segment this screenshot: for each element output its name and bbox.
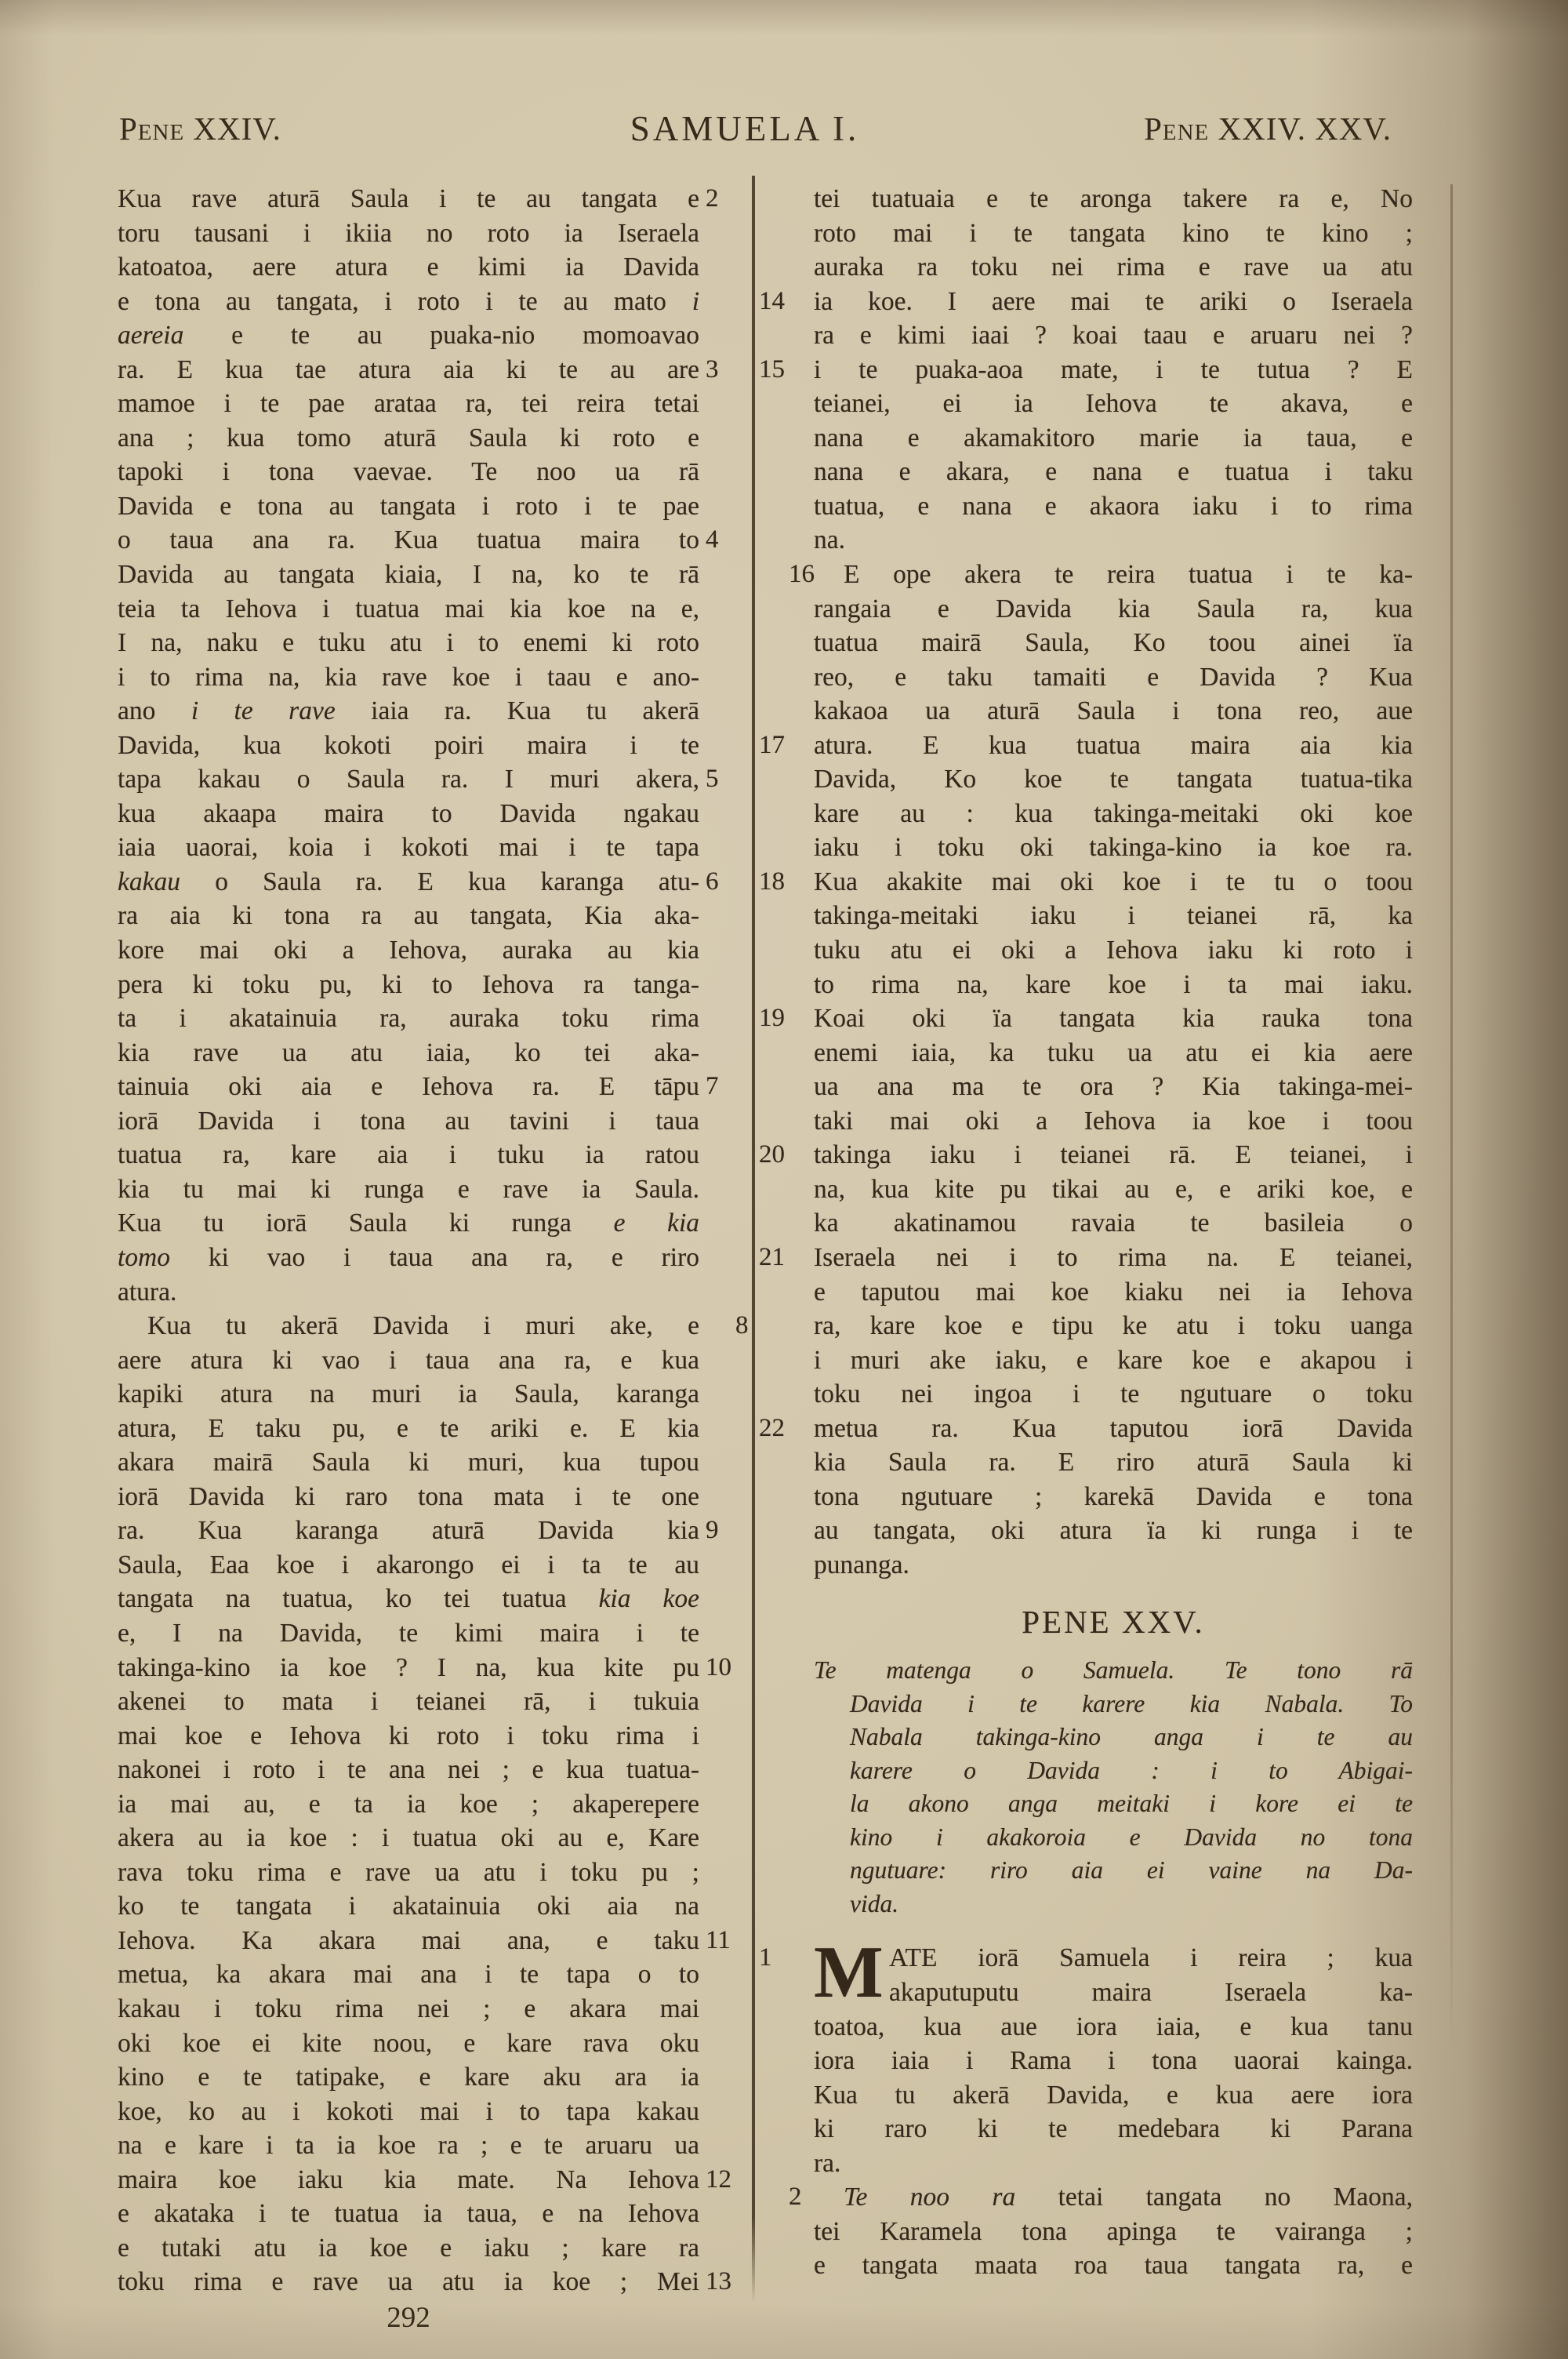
text-line: katoatoa, aere atura e kimi ia Davida xyxy=(118,250,699,285)
text-line: tangata na tuatua, ko tei tuatua kia koe xyxy=(118,1582,699,1616)
text-line: kare au : kua takinga-meitaki oki koe xyxy=(814,797,1413,831)
text-line: ra. xyxy=(814,2146,1413,2181)
text-line: kia Saula ra. E riro aturā Saula ki xyxy=(814,1445,1413,1480)
text-line: taki mai oki a Iehova ia koe i toou xyxy=(814,1104,1413,1139)
text-line: Kua tu akerā Davida, e kua aere iora xyxy=(814,2078,1413,2113)
verse-number: 21 xyxy=(759,1241,804,1275)
text-line: Saula, Eaa koe i akarongo ei i ta te au xyxy=(118,1548,699,1583)
text-line: kua akaapa maira to Davida ngakau xyxy=(118,797,699,831)
text-line: toru tausani i ikiia no roto ia Iseraela xyxy=(118,216,699,251)
text-line: tainuia oki aia e Iehova ra. E tāpu7 xyxy=(118,1070,699,1104)
text-line: i to rima na, kia rave koe i taau e ano- xyxy=(118,660,699,695)
text-line: roto mai i te tangata kino te kino ; xyxy=(814,216,1413,251)
text-line: enemi iaia, ka tuku ua atu ei kia aere xyxy=(814,1036,1413,1070)
text-line: ka akatinamou ravaia te basileia o xyxy=(814,1206,1413,1241)
text-line: atura. xyxy=(118,1275,699,1310)
text-line: Koai oki ïa tangata kia rauka tona19 xyxy=(814,1001,1413,1036)
text-line: ko te tangata i akatainuia oki aia na xyxy=(118,1889,699,1924)
text-line: ua ana ma te ora ? Kia takinga-mei- xyxy=(814,1070,1413,1104)
text-line: kapiki atura na muri ia Saula, karanga xyxy=(118,1377,699,1412)
text-line: atura. E kua tuatua maira aia kia17 xyxy=(814,729,1413,763)
column-divider-rule xyxy=(752,176,755,2303)
text-line: Kua rave aturā Saula i te au tangata e2 xyxy=(118,182,699,216)
text-line: tuku atu ei oki a Iehova iaku ki roto i xyxy=(814,933,1413,968)
text-line: toku rima e rave ua atu ia koe ; Mei13 xyxy=(118,2265,699,2299)
text-line: tuatua ra, kare aia i tuku ia ratou xyxy=(118,1138,699,1172)
chapter-heading: PENE XXV. xyxy=(814,1602,1413,1641)
text-line: ra aia ki tona ra au tangata, Kia aka- xyxy=(118,899,699,933)
verse-number: 15 xyxy=(759,353,804,387)
text-line: tuatua, e nana e akaora iaku i to rima xyxy=(814,489,1413,524)
text-line: akera au ia koe : i tuatua oki au e, Kar… xyxy=(118,1821,699,1856)
text-line: metua, ka akara mai ana i te tapa o to xyxy=(118,1957,699,1992)
verse-number: 9 xyxy=(706,1514,751,1548)
chapter-summary-line: Te matenga o Samuela. Te tono rā xyxy=(814,1654,1413,1688)
verse-number: 20 xyxy=(759,1138,804,1172)
text-line: MATE iorā Samuela i reira ; kua1 xyxy=(814,1941,1413,1976)
text-line: nana e akamakitoro marie ia taua, e xyxy=(814,421,1413,456)
text-line: takinga-meitaki iaku i teianei rā, ka xyxy=(814,899,1413,933)
running-head-title: SAMUELA I. xyxy=(517,108,972,149)
page-number: 292 xyxy=(118,2301,699,2335)
chapter-summary-line: vida. xyxy=(814,1888,1413,1921)
text-line: rangaia e Davida kia Saula ra, kua xyxy=(814,592,1413,627)
text-line: ra e kimi iaai ? koai taau e aruaru nei … xyxy=(814,318,1413,353)
page-edge-rule xyxy=(1450,184,1453,2051)
verse-number: 16 xyxy=(759,558,804,592)
text-line: Iehova. Ka akara mai ana, e taku11 xyxy=(118,1924,699,1958)
text-line: na. xyxy=(814,523,1413,558)
text-line: ra. E kua tae atura aia ki te au are3 xyxy=(118,353,699,387)
verse-number: 19 xyxy=(759,1001,804,1036)
text-line: Davida, Ko koe te tangata tuatua-tika xyxy=(814,762,1413,797)
chapter-summary-line: Davida i te karere kia Nabala. To xyxy=(814,1688,1413,1721)
text-line: e taputou mai koe kiaku nei ia Iehova xyxy=(814,1275,1413,1310)
text-line: mamoe i te pae arataa ra, tei reira teta… xyxy=(118,387,699,421)
text-line: Kua tu iorā Saula ki runga e kia xyxy=(118,1206,699,1241)
text-line: e tutaki atu ia koe e iaku ; kare ra xyxy=(118,2231,699,2266)
text-line: iorā Davida ki raro tona mata i te one xyxy=(118,1480,699,1514)
text-line: teia ta Iehova i tuatua mai kia koe na e… xyxy=(118,592,699,627)
text-line: i te puaka-aoa mate, i te tutua ? E15 xyxy=(814,353,1413,387)
text-line: kore mai oki a Iehova, auraka au kia xyxy=(118,933,699,968)
text-line: iaku i toku oki takinga-kino ia koe ra. xyxy=(814,831,1413,865)
text-line: tei tuatuaia e te aronga takere ra e, No xyxy=(814,182,1413,216)
verse-number: 4 xyxy=(706,523,751,558)
text-line: kakau o Saula ra. E kua karanga atu-6 xyxy=(118,865,699,900)
verse-number: 2 xyxy=(706,182,751,216)
text-line: au tangata, oki atura ïa ki runga i te xyxy=(814,1514,1413,1548)
verse-number: 14 xyxy=(759,285,804,319)
scanned-book-page: Pene XXIV. SAMUELA I. Pene XXIV. XXV. Ku… xyxy=(0,0,1568,2359)
verse-number: 8 xyxy=(706,1309,751,1343)
text-line: ana ; kua tomo aturā Saula ki roto e xyxy=(118,421,699,456)
chapter-summary-line: Nabala takinga-kino anga i te au xyxy=(814,1721,1413,1754)
text-line: reo, e taku tamaiti e Davida ? Kua xyxy=(814,660,1413,695)
text-line: e tangata maata roa taua tangata ra, e xyxy=(814,2248,1413,2283)
text-line: iorā Davida i tona au tavini i taua xyxy=(118,1104,699,1139)
text-line: Davida e tona au tangata i roto i te pae xyxy=(118,489,699,524)
text-line: ia koe. I aere mai te ariki o Iseraela14 xyxy=(814,285,1413,319)
text-line: E ope akera te reira tuatua i te ka-16 xyxy=(814,558,1413,592)
text-line: tona ngutuare ; karekā Davida e tona xyxy=(814,1480,1413,1514)
text-line: maira koe iaku kia mate. Na Iehova12 xyxy=(118,2163,699,2197)
chapter-summary-line: kino i akakoroia e Davida no tona xyxy=(814,1821,1413,1855)
text-line: na, kua kite pu tikai au e, e ariki koe,… xyxy=(814,1172,1413,1207)
text-column-left: Kua rave aturā Saula i te au tangata e2t… xyxy=(118,182,699,2299)
verse-number: 18 xyxy=(759,865,804,900)
text-line: mai koe e Iehova ki roto i toku rima i xyxy=(118,1719,699,1754)
text-line: tapoki i tona vaevae. Te noo ua rā xyxy=(118,455,699,489)
text-line: auraka ra toku nei rima e rave ua atu xyxy=(814,250,1413,285)
verse-number: 1 xyxy=(759,1941,804,1976)
verse-number: 7 xyxy=(706,1070,751,1104)
chapter-summary-line: ngutuare: riro aia ei vaine na Da- xyxy=(814,1854,1413,1888)
verse-number: 6 xyxy=(706,865,751,900)
text-line: nana e akara, e nana e tuatua i taku xyxy=(814,455,1413,489)
text-line: kino e te tatipake, e kare aku ara ia xyxy=(118,2060,699,2095)
chapter-summary-line: karere o Davida : i to Abigai- xyxy=(814,1754,1413,1788)
text-line: rava toku rima e rave ua atu i toku pu ; xyxy=(118,1856,699,1890)
text-line: koe, ko au i kokoti mai i to tapa kakau xyxy=(118,2095,699,2129)
text-line: e, I na Davida, te kimi maira i te xyxy=(118,1616,699,1651)
text-column-right: tei tuatuaia e te aronga takere ra e, No… xyxy=(814,182,1413,2283)
text-line: Davida au tangata kiaia, I na, ko te rā xyxy=(118,558,699,592)
text-line: i muri ake iaku, e kare koe e akapou i xyxy=(814,1343,1413,1378)
text-line: ra. Kua karanga aturā Davida kia9 xyxy=(118,1514,699,1548)
text-line: ano i te rave iaia ra. Kua tu akerā xyxy=(118,694,699,729)
text-line: ki raro ki te medebara ki Parana xyxy=(814,2112,1413,2146)
text-line: Iseraela nei i to rima na. E teianei,21 xyxy=(814,1241,1413,1275)
text-line: to rima na, kare koe i ta mai iaku. xyxy=(814,968,1413,1002)
text-line: tuatua mairā Saula, Ko toou ainei ïa xyxy=(814,626,1413,660)
text-line: metua ra. Kua taputou iorā Davida22 xyxy=(814,1412,1413,1446)
text-line: akara mairā Saula ki muri, kua tupou xyxy=(118,1445,699,1480)
text-line: toku nei ingoa i te ngutuare o toku xyxy=(814,1377,1413,1412)
text-line: ia mai au, e ta ia koe ; akaperepere xyxy=(118,1787,699,1822)
text-line: tei Karamela tona apinga te vairanga ; xyxy=(814,2215,1413,2249)
text-line: Kua tu akerā Davida i muri ake, e8 xyxy=(118,1309,699,1343)
verse-number: 12 xyxy=(706,2163,751,2197)
verse-number: 11 xyxy=(706,1924,751,1958)
running-head-left: Pene XXIV. xyxy=(119,108,281,149)
text-line: takinga iaku i teianei rā. E teianei, i2… xyxy=(814,1138,1413,1172)
text-line: aereia e te au puaka-nio momoavao xyxy=(118,318,699,353)
verse-number: 17 xyxy=(759,729,804,763)
text-line: na e kare i ta ia koe ra ; e te aruaru u… xyxy=(118,2128,699,2163)
text-line: tapa kakau o Saula ra. I muri akera,5 xyxy=(118,762,699,797)
text-line: iora iaia i Rama i tona uaorai kainga. xyxy=(814,2044,1413,2078)
text-line: I na, naku e tuku atu i to enemi ki roto xyxy=(118,626,699,660)
text-line: e tona au tangata, i roto i te au mato i xyxy=(118,285,699,319)
text-line: ta i akatainuia ra, auraka toku rima xyxy=(118,1001,699,1036)
text-line: teianei, ei ia Iehova te akava, e xyxy=(814,387,1413,421)
text-line: atura, E taku pu, e te ariki e. E kia xyxy=(118,1412,699,1446)
text-line: Kua akakite mai oki koe i te tu o toou18 xyxy=(814,865,1413,900)
verse-number: 10 xyxy=(706,1651,751,1685)
text-line: tomo ki vao i taua ana ra, e riro xyxy=(118,1241,699,1275)
text-line: akenei to mata i teianei rā, i tukuia xyxy=(118,1685,699,1719)
text-line: oki koe ei kite noou, e kare rava oku xyxy=(118,2026,699,2061)
text-line: punanga. xyxy=(814,1548,1413,1583)
text-line: Davida, kua kokoti poiri maira i te xyxy=(118,729,699,763)
chapter-summary-line: la akono anga meitaki i kore ei te xyxy=(814,1787,1413,1821)
verse-number: 2 xyxy=(759,2180,804,2215)
text-line: toatoa, kua aue iora iaia, e kua tanu xyxy=(814,2010,1413,2045)
text-line: akaputuputu maira Iseraela ka- xyxy=(814,1976,1413,2010)
text-line: aere atura ki vao i taua ana ra, e kua xyxy=(118,1343,699,1378)
text-line: ra, kare koe e tipu ke atu i toku uanga xyxy=(814,1309,1413,1343)
text-line: pera ki toku pu, ki to Iehova ra tanga- xyxy=(118,968,699,1002)
verse-number: 13 xyxy=(706,2265,751,2299)
text-line: takinga-kino ia koe ? I na, kua kite pu1… xyxy=(118,1651,699,1685)
text-line: Te noo ra tetai tangata no Maona,2 xyxy=(814,2180,1413,2215)
verse-number: 3 xyxy=(706,353,751,387)
running-head-right: Pene XXIV. XXV. xyxy=(1144,108,1392,149)
text-line: kia tu mai ki runga e rave ia Saula. xyxy=(118,1172,699,1207)
text-line: iaia uaorai, koia i kokoti mai i te tapa xyxy=(118,831,699,865)
text-line: kia rave ua atu iaia, ko tei aka- xyxy=(118,1036,699,1070)
text-line: nakonei i roto i te ana nei ; e kua tuat… xyxy=(118,1753,699,1787)
text-line: o taua ana ra. Kua tuatua maira to4 xyxy=(118,523,699,558)
verse-number: 22 xyxy=(759,1412,804,1446)
text-line: kakaoa ua aturā Saula i tona reo, aue xyxy=(814,694,1413,729)
verse-number: 5 xyxy=(706,762,751,797)
text-line: e akataka i te tuatua ia taua, e na Ieho… xyxy=(118,2197,699,2231)
text-line: kakau i toku rima nei ; e akara mai xyxy=(118,1992,699,2026)
